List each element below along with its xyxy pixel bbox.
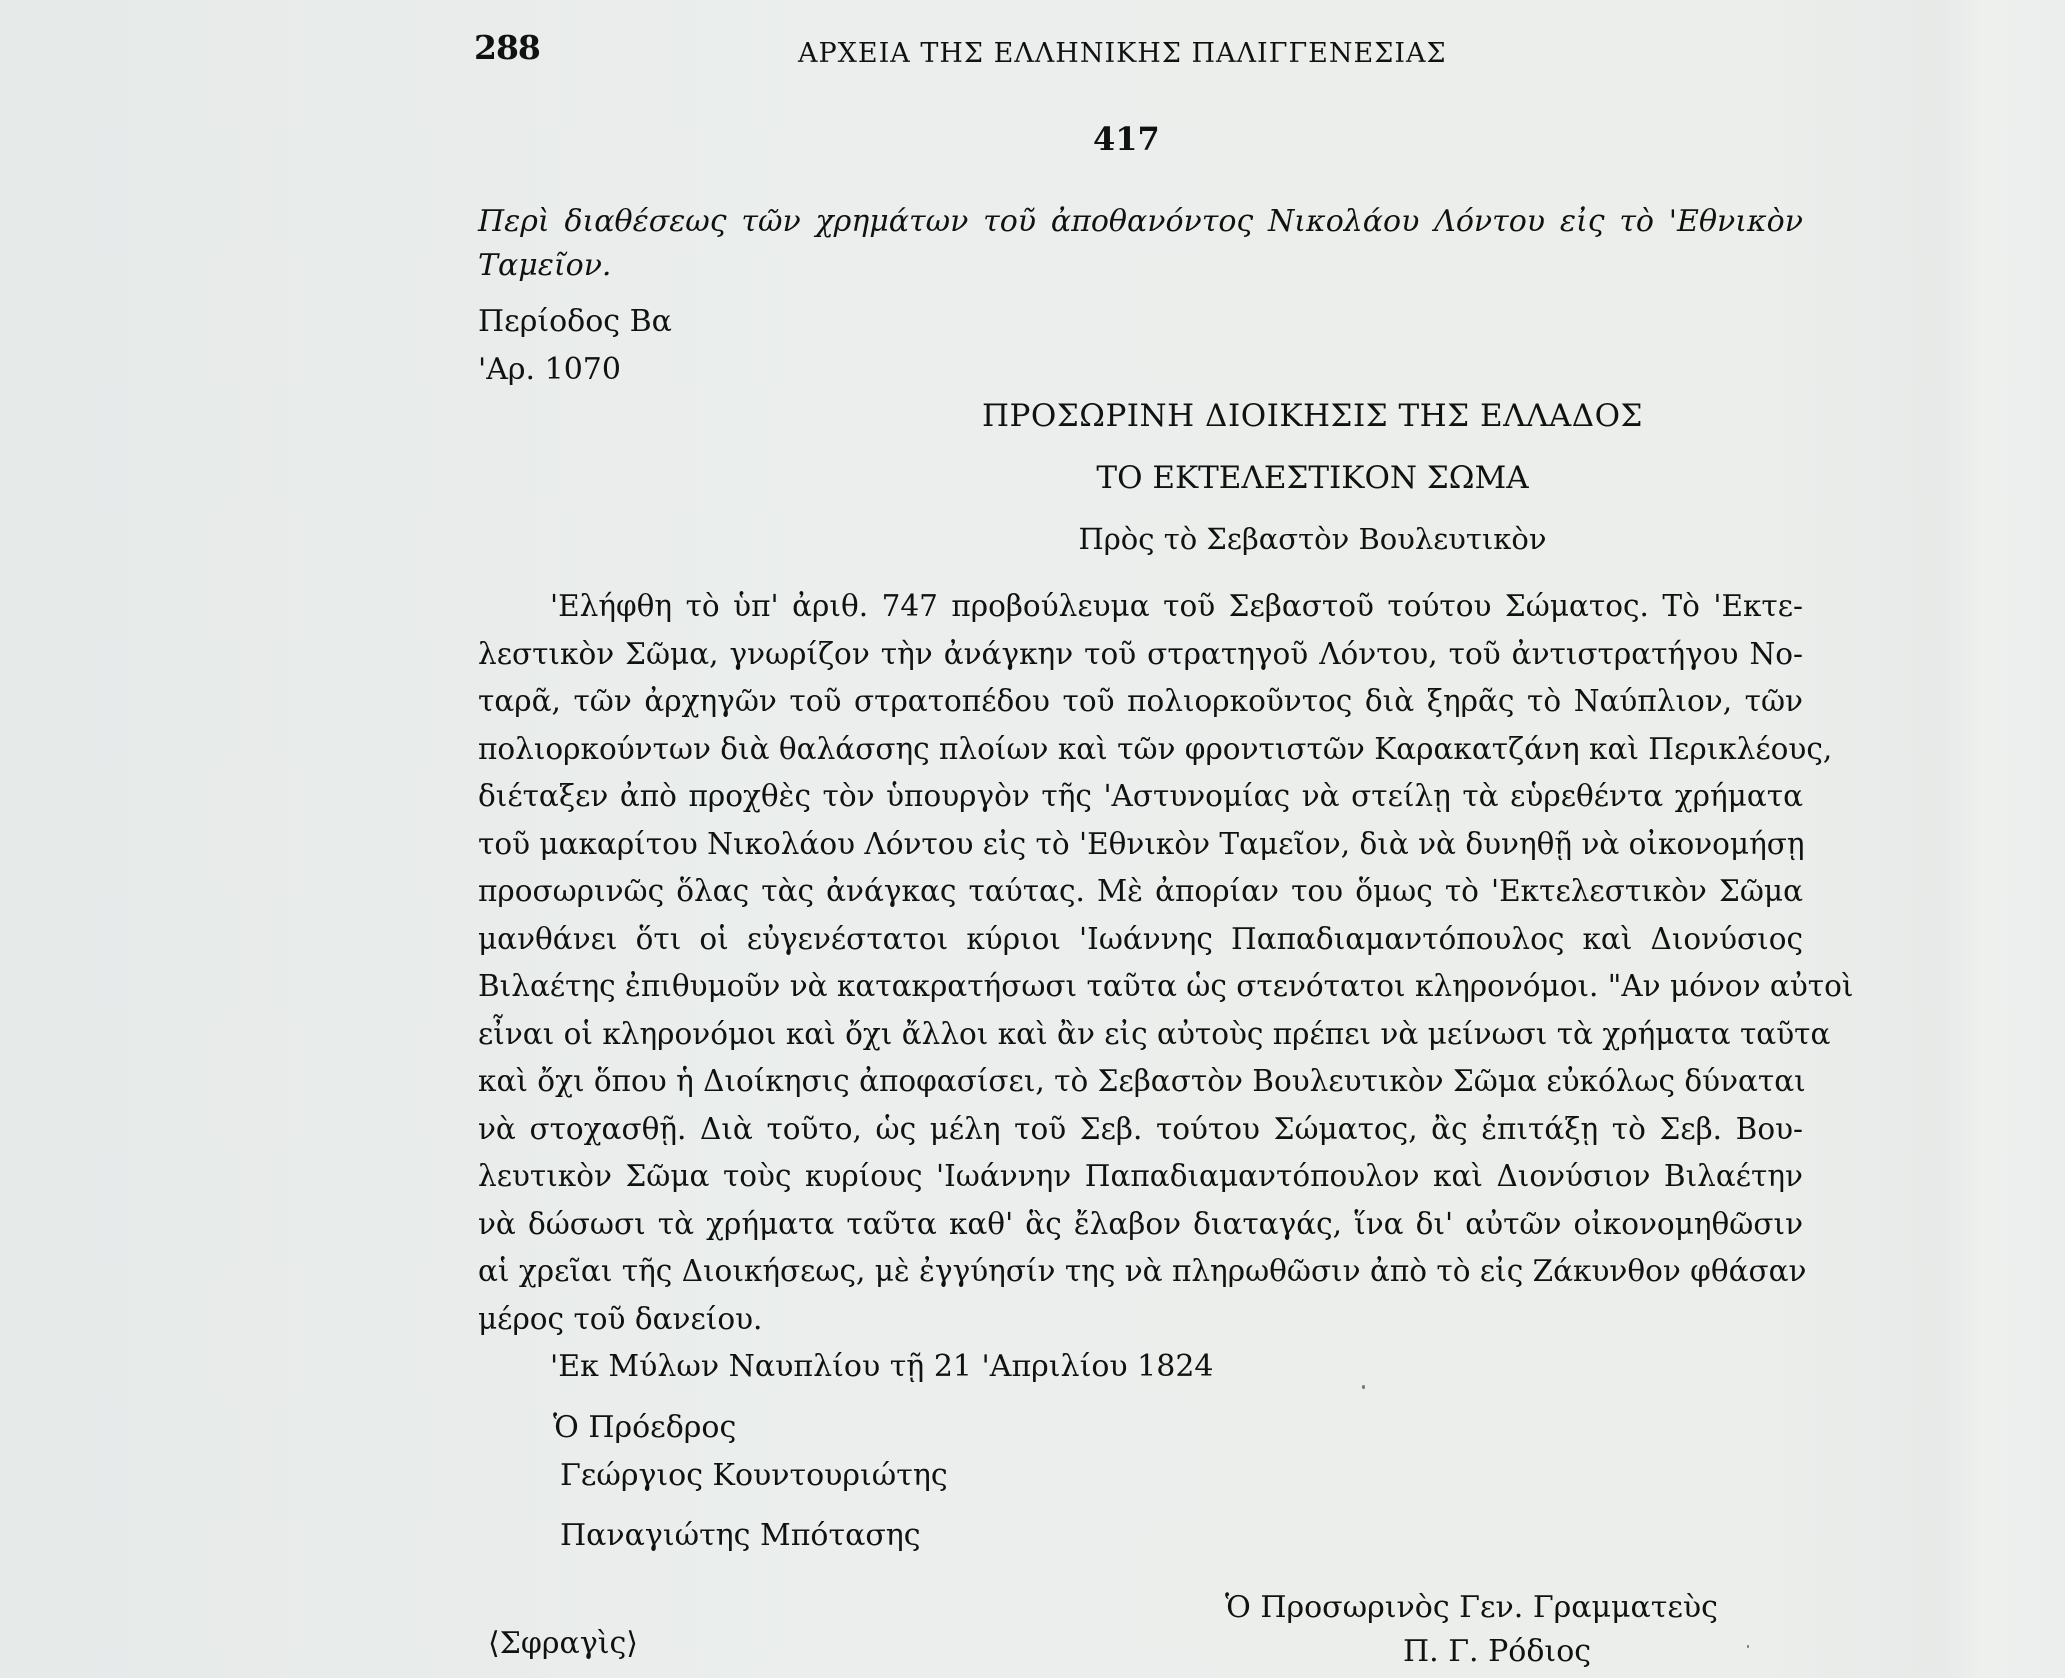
- body-line: 'Ελήφθη τὸ ὑπ' ἀριθ. 747 προβούλευμα τοῦ…: [478, 583, 1803, 631]
- heading-executive-body: ΤΟ ΕΚΤΕΛΕΣΤΙΚΟΝ ΣΩΜΑ: [0, 460, 2065, 496]
- seal-note: ⟨Σφραγὶς⟩: [488, 1626, 638, 1661]
- body-line: νὰ στοχασθῇ. Διὰ τοῦτο, ὡς μέλη τοῦ Σεβ.…: [478, 1106, 1803, 1154]
- body-line: ταρᾶ, τῶν ἀρχηγῶν τοῦ στρατοπέδου τοῦ πο…: [478, 678, 1803, 726]
- secretary-name: Π. Γ. Ρόδιος: [1403, 1634, 1591, 1669]
- body-line: μέρος τοῦ δανείου.: [478, 1296, 1803, 1344]
- body-line: λευτικὸν Σῶμα τοὺς κυρίους 'Ιωάννην Παπα…: [478, 1153, 1803, 1201]
- secretary-title: Ὁ Προσωρινὸς Γεν. Γραμματεὺς: [1225, 1590, 1718, 1625]
- body-line: λεστικὸν Σῶμα, γνωρίζον τὴν ἀνάγκην τοῦ …: [478, 631, 1803, 679]
- addressee-text: Πρὸς τὸ Σεβαστὸν Βουλευτικὸν: [1078, 522, 1546, 556]
- addressee: Πρὸς τὸ Σεβαστὸν Βουλευτικὸν: [0, 522, 2065, 556]
- letter-body: 'Ελήφθη τὸ ὑπ' ἀριθ. 747 προβούλευμα τοῦ…: [478, 583, 1803, 1343]
- scanned-book-page: 288 ΑΡΧΕΙΑ ΤΗΣ ΕΛΛΗΝΙΚΗΣ ΠΑΛΙΓΓΕΝΕΣΙΑΣ 4…: [0, 0, 2065, 1678]
- place-and-date: 'Εκ Μύλων Ναυπλίου τῇ 21 'Απριλίου 1824: [550, 1349, 1214, 1384]
- body-line: Βιλαέτης ἐπιθυμοῦν νὰ κατακρατήσωσι ταῦτ…: [478, 963, 1803, 1011]
- reference-period: Περίοδος Βα: [478, 304, 672, 339]
- body-line: πολιορκούντων διὰ θαλάσσης πλοίων καὶ τῶ…: [478, 726, 1803, 774]
- body-line: καὶ ὄχι ὅπου ἡ Διοίκησις ἀποφασίσει, τὸ …: [478, 1058, 1803, 1106]
- body-line: νὰ δώσωσι τὰ χρήματα ταῦτα καθ' ἃς ἔλαβο…: [478, 1201, 1803, 1249]
- scan-speck: [1362, 1385, 1365, 1389]
- body-line: μανθάνει ὅτι οἱ εὐγενέστατοι κύριοι 'Ιωά…: [478, 916, 1803, 964]
- president-title: Ὁ Πρόεδρος: [553, 1410, 736, 1445]
- signatory-name: Γεώργιος Κουντουριώτης: [560, 1458, 948, 1493]
- heading-executive-body-text: ΤΟ ΕΚΤΕΛΕΣΤΙΚΟΝ ΣΩΜΑ: [1096, 460, 1528, 496]
- body-line: προσωρινῶς ὅλας τὰς ἀνάγκας ταύτας. Μὲ ἀ…: [478, 868, 1803, 916]
- document-summary: Περὶ διαθέσεως τῶν χρημάτων τοῦ ἀποθανόν…: [478, 200, 1803, 288]
- reference-number: 'Αρ. 1070: [478, 352, 621, 387]
- heading-government-text: ΠΡΟΣΩΡΙΝΗ ΔΙΟΙΚΗΣΙΣ ΤΗΣ ΕΛΛΑΔΟΣ: [982, 398, 1643, 434]
- scan-speck: [1747, 1645, 1749, 1648]
- body-line: εἶναι οἱ κληρονόμοι καὶ ὄχι ἄλλοι καὶ ἂν…: [478, 1011, 1803, 1059]
- running-head: ΑΡΧΕΙΑ ΤΗΣ ΕΛΛΗΝΙΚΗΣ ΠΑΛΙΓΓΕΝΕΣΙΑΣ: [798, 38, 1447, 69]
- heading-government: ΠΡΟΣΩΡΙΝΗ ΔΙΟΙΚΗΣΙΣ ΤΗΣ ΕΛΛΑΔΟΣ: [0, 398, 2065, 434]
- body-line: αἱ χρεῖαι τῆς Διοικήσεως, μὲ ἐγγύησίν τη…: [478, 1248, 1803, 1296]
- page-number: 288: [474, 28, 540, 67]
- document-number: 417: [1093, 120, 1160, 158]
- body-line: διέταξεν ἀπὸ προχθὲς τὸν ὑπουργὸν τῆς 'Α…: [478, 773, 1803, 821]
- body-line: τοῦ μακαρίτου Νικολάου Λόντου εἰς τὸ 'Εθ…: [478, 821, 1803, 869]
- signatory-name: Παναγιώτης Μπότασης: [560, 1518, 921, 1553]
